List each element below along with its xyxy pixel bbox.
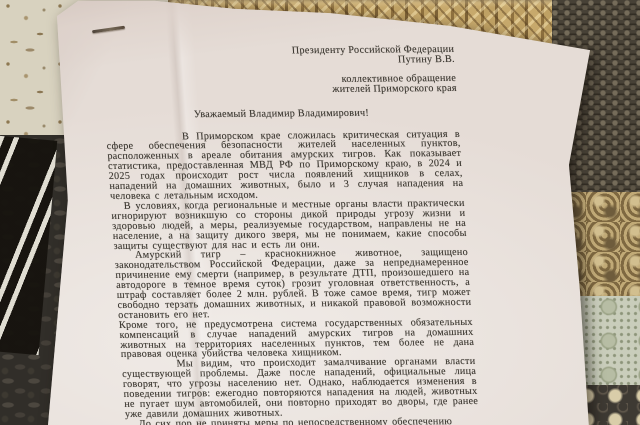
- paragraph: До сих пор не приняты меры по непосредст…: [125, 417, 479, 425]
- recipient-block: Президенту Российской Федерации Путину В…: [100, 45, 455, 68]
- paper-sheet-wrapper: Президенту Российской Федерации Путину В…: [0, 0, 640, 425]
- salutation: Уважаемый Владимир Владимирович!: [104, 108, 458, 121]
- paragraph: Мы видим, что происходит замалчивание ор…: [121, 357, 479, 420]
- paragraph: Амурский тигр – краснокнижное животное, …: [114, 248, 473, 320]
- paragraph: В условиях, когда региональные и местные…: [110, 199, 467, 252]
- subject-block: коллективное обращение жителей Приморско…: [102, 74, 457, 97]
- subject-line: жителей Приморского края: [103, 84, 457, 97]
- paragraph: Кроме того, не предусмотрена система гос…: [119, 318, 476, 361]
- letter-text: Президенту Российской Федерации Путину В…: [100, 45, 480, 425]
- recipient-line: Путину В.В.: [101, 55, 455, 68]
- paragraph: В Приморском крае сложилась критическая …: [106, 129, 465, 201]
- staple: [92, 26, 125, 33]
- photo-of-letter: Президенту Российской Федерации Путину В…: [0, 0, 640, 425]
- letter-paper: Президенту Российской Федерации Путину В…: [0, 0, 640, 425]
